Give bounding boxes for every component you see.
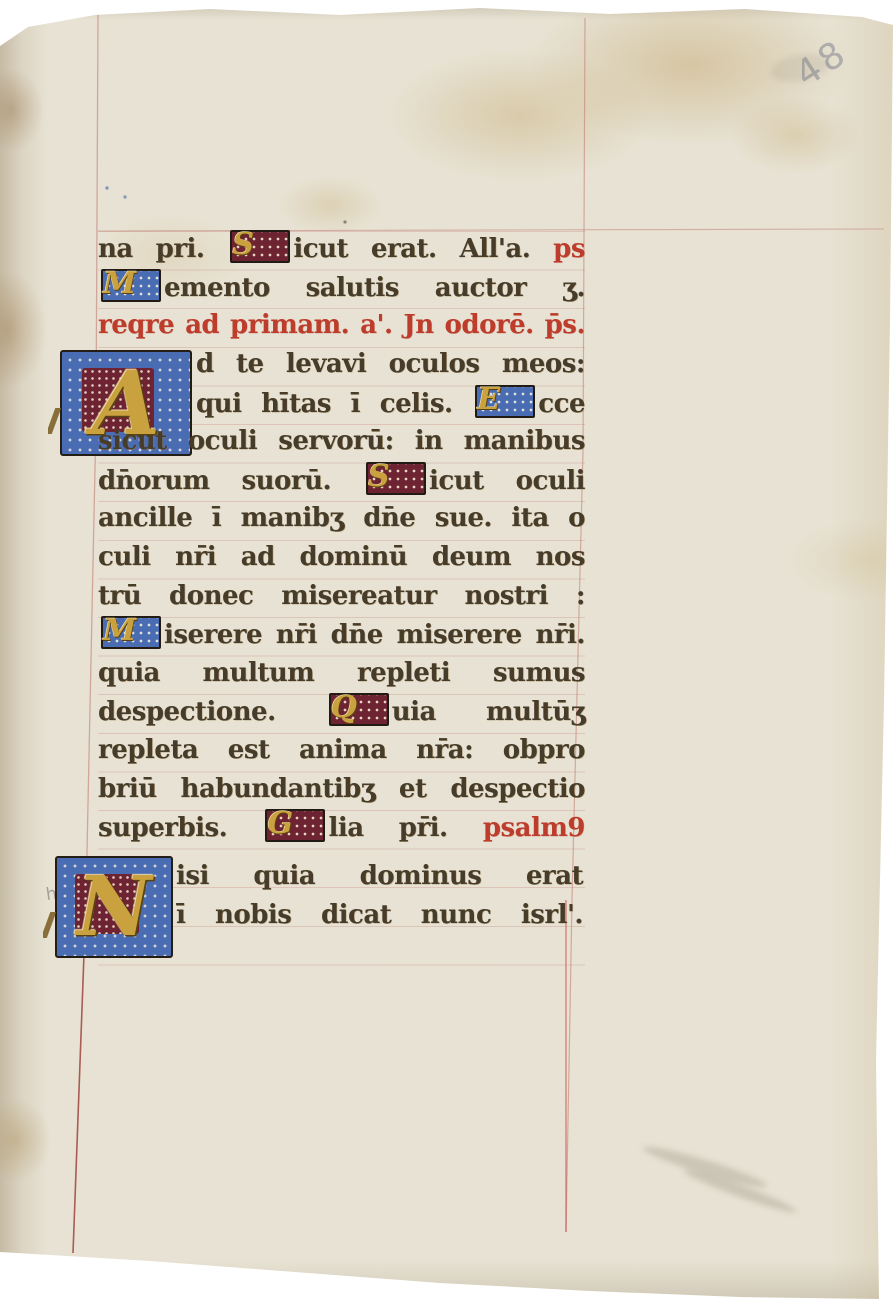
inline-initial-S: S: [230, 230, 290, 263]
text-line: trū donec misereatur nostri :: [98, 578, 585, 617]
text-line: briū habundantibʒ et despectio: [98, 771, 585, 810]
line-text: isi quia dominus erat: [176, 861, 583, 891]
line-text: quia multum repleti sumus: [98, 658, 585, 688]
line-text: lia pr̄i.: [328, 813, 482, 843]
line-text: qui hītas ī celis.: [196, 389, 472, 419]
text-line: sicut oculi servorū: in manibus: [98, 423, 585, 462]
initial-letter: M: [103, 265, 159, 303]
text-line: d te levavi oculos meos:: [196, 346, 585, 385]
drop-cap-letter: N: [77, 861, 152, 953]
text-line: superbis. Glia pr̄i. psalm9: [98, 809, 585, 848]
initial-letter: S: [368, 458, 424, 496]
vellum-page: 48 h. A N na pri. Sicut erat. All'a. ps …: [0, 0, 895, 1300]
rubric-text: reqre ad primam. a'. Jn odorē. p̄s.: [98, 310, 585, 340]
rubric-line: reqre ad primam. a'. Jn odorē. p̄s.: [98, 307, 585, 346]
line-text: emento salutis auctor ʒ.: [164, 273, 585, 303]
drop-cap-letter: A: [92, 355, 160, 451]
line-text: cce: [538, 389, 585, 419]
line-text: briū habundantibʒ et despectio: [98, 774, 585, 804]
inline-initial-G: G: [265, 809, 325, 842]
text-line: culi nr̄i ad dominū deum nos: [98, 539, 585, 578]
line-text: icut erat. All'a.: [293, 234, 553, 264]
line-text: culi nr̄i ad dominū deum nos: [98, 542, 585, 572]
manuscript-photo: 48 h. A N na pri. Sicut erat. All'a. ps …: [0, 0, 895, 1300]
line-text: sicut oculi servorū: in manibus: [98, 426, 585, 456]
initial-letter: S: [232, 226, 288, 264]
initial-letter: M: [103, 612, 159, 650]
initial-letter: G: [267, 805, 323, 843]
initial-letter: Q: [331, 689, 387, 727]
inline-initial-Q: Q: [329, 693, 389, 726]
line-text: despectione.: [98, 697, 326, 727]
initial-letter: E: [477, 381, 533, 419]
line-text: superbis.: [98, 813, 262, 843]
inline-initial-M: M: [101, 616, 161, 649]
line-text: ancille ī manibʒ dn̄e sue. ita o: [98, 503, 585, 533]
inline-initial-M: M: [101, 269, 161, 302]
text-line: Miserere nr̄i dn̄e miserere nr̄i.: [98, 616, 585, 655]
text-line: na pri. Sicut erat. All'a. ps: [98, 230, 585, 269]
text-line: ancille ī manibʒ dn̄e sue. ita o: [98, 500, 585, 539]
text-line: Memento salutis auctor ʒ.: [98, 269, 585, 308]
text-line: despectione. Quia multūʒ: [98, 693, 585, 732]
text-line: isi quia dominus erat: [176, 858, 583, 897]
inline-initial-E: E: [475, 385, 535, 418]
line-text: repleta est anima nr̄a: obpro: [98, 735, 585, 765]
text-line: ī nobis dicat nunc isrl'.: [176, 897, 583, 936]
text-line: repleta est anima nr̄a: obpro: [98, 732, 585, 771]
line-text: icut oculi: [429, 466, 585, 496]
line-text: na pri.: [98, 234, 227, 264]
line-text: d te levavi oculos meos:: [196, 349, 585, 379]
inline-initial-S: S: [366, 462, 426, 495]
line-text: iserere nr̄i dn̄e miserere nr̄i.: [164, 620, 585, 650]
line-text: trū donec misereatur nostri :: [98, 581, 585, 611]
text-line: dn̄orum suorū. Sicut oculi: [98, 462, 585, 501]
illuminated-initial-N: N: [55, 856, 173, 958]
text-line: qui hītas ī celis. Ecce: [196, 385, 585, 424]
line-text: uia multūʒ: [392, 697, 585, 727]
rubric-text: psalm9: [483, 813, 585, 843]
line-text: ī nobis dicat nunc isrl'.: [176, 900, 583, 930]
rubric-text: ps: [553, 234, 585, 264]
line-text: dn̄orum suorū.: [98, 466, 363, 496]
